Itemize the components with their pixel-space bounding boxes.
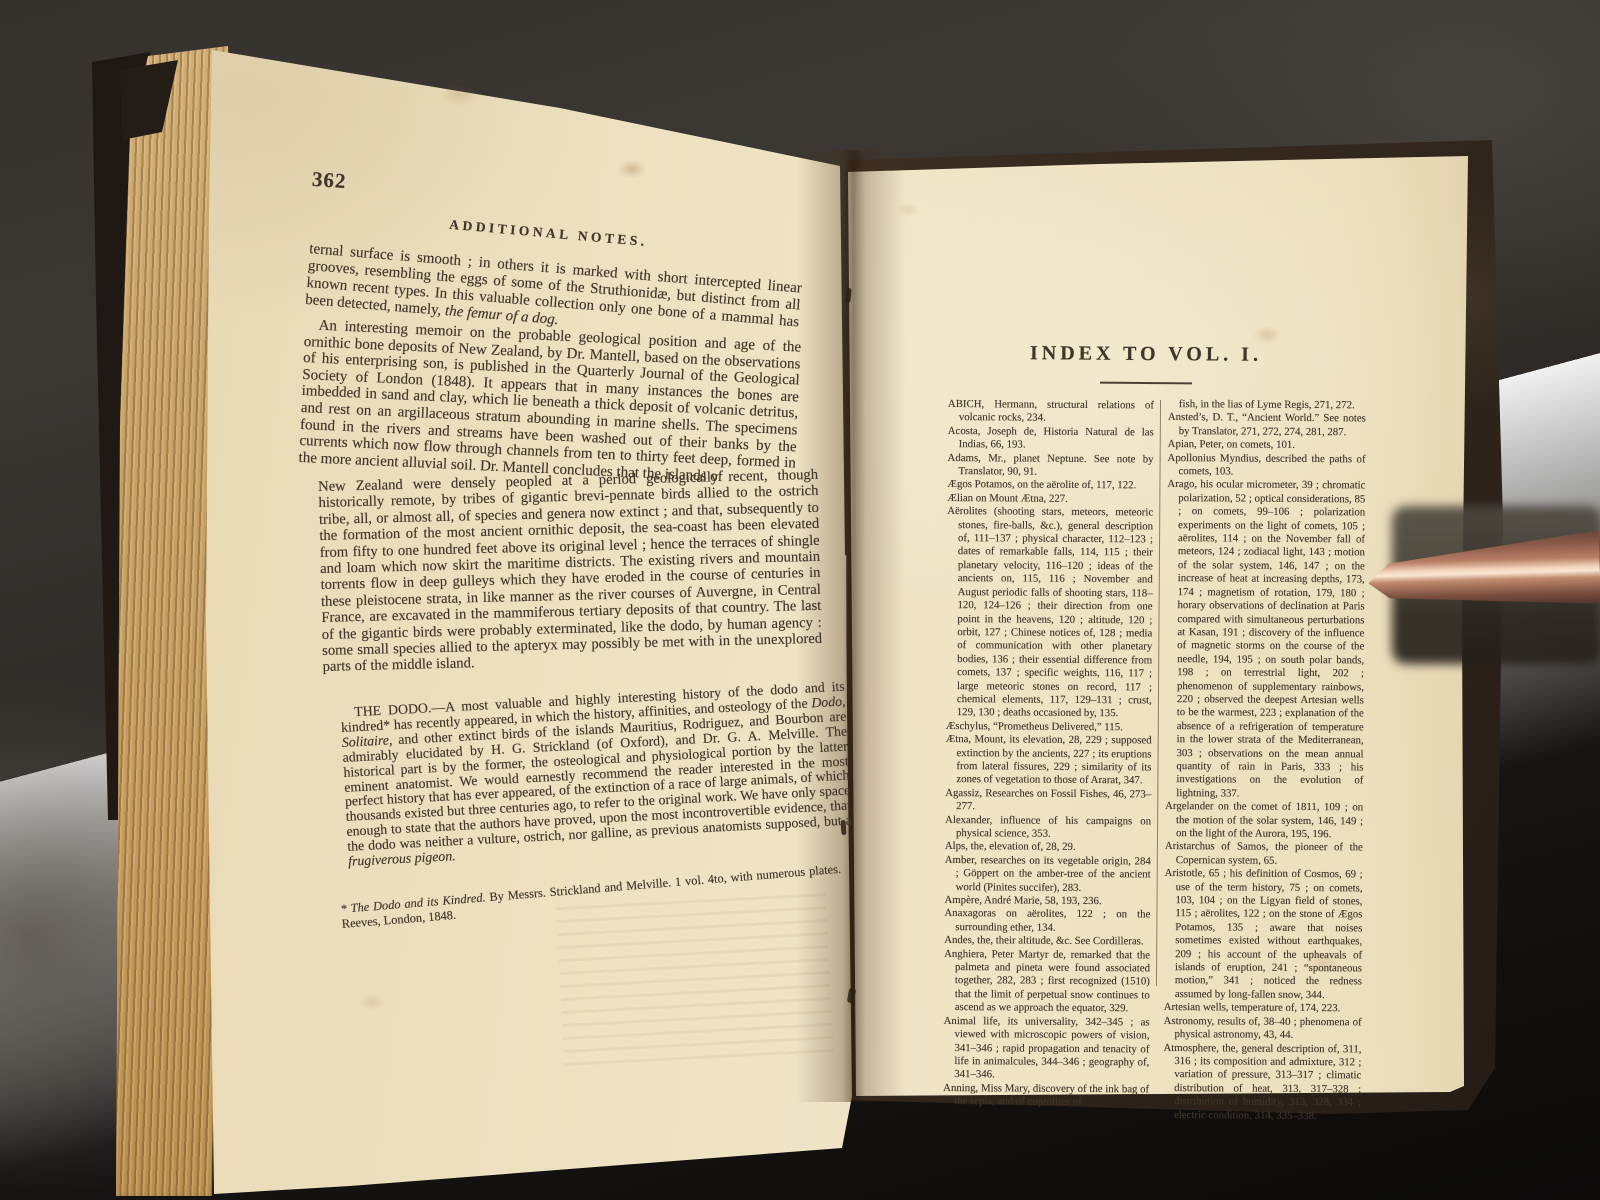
index-entry: Andes, the, their altitude, &c. See Cord… <box>944 934 1150 949</box>
index-column-left: ABICH, Hermann, structural relations of … <box>943 398 1154 1110</box>
paragraph-text: and other extinct birds of the islands M… <box>342 708 852 854</box>
index-entry: Ansted’s, D. T., “Ancient World.” See no… <box>1168 411 1366 439</box>
index-entry: Agassiz, Researches on Fossil Fishes, 46… <box>945 787 1151 815</box>
first-line-indent <box>304 329 318 330</box>
index-entry: Alps, the, elevation of, 28, 29. <box>945 840 1151 855</box>
paragraph-memoir-lower: New Zealand were densely peopled at a pe… <box>318 466 823 675</box>
index-entry: Apian, Peter, on comets, 101. <box>1168 438 1366 453</box>
paragraph-text: New Zealand were densely peopled at a pe… <box>318 466 822 675</box>
paragraph-dodo: THE DODO.—A most valuable and highly int… <box>340 679 853 869</box>
foxing-spot <box>352 990 392 1014</box>
first-line-indent <box>341 716 355 717</box>
index-entry: Apollonius Myndius, described the paths … <box>1167 452 1365 480</box>
index-column-right: fish, in the lias of Lyme Regis, 271, 27… <box>1163 398 1366 1123</box>
index-entry: Anghiera, Peter Martyr de, remarked that… <box>944 948 1150 1016</box>
index-entry: Acosta, Joseph de, Historia Natural de l… <box>948 425 1154 453</box>
index-entry: Aristotle, 65 ; his definition of Cosmos… <box>1164 867 1363 1002</box>
index-title: INDEX TO VOL. I. <box>946 342 1346 368</box>
index-entry: Ælian on Mount Ætna, 227. <box>947 492 1153 507</box>
index-entry: Astronomy, results of, 38–40 ; phenomena… <box>1164 1015 1362 1043</box>
index-entry: Artesian wells, temperature of, 174, 223… <box>1164 1001 1362 1016</box>
index-entry: Animal life, its universality, 342–345 ;… <box>943 1015 1149 1083</box>
index-entry: fish, in the lias of Lyme Regis, 271, 27… <box>1168 398 1366 413</box>
index-entry: Atmosphere, the, general description of,… <box>1163 1041 1362 1123</box>
page-number: 362 <box>311 167 347 194</box>
index-entry: Aërolites (shooting stars, meteors, mete… <box>946 505 1153 721</box>
index-entry: Anning, Miss Mary, discovery of the ink … <box>943 1082 1149 1110</box>
index-entry: Anaxagoras on aërolites, 122 ; on the su… <box>944 907 1150 935</box>
index-entry: Æschylus, “Prometheus Delivered,” 115. <box>946 720 1152 735</box>
foxing-spot <box>612 156 652 182</box>
index-entry: Ætna, Mount, its elevation, 28, 229 ; su… <box>945 733 1151 788</box>
index-entry: Argelander on the comet of 1811, 109 ; o… <box>1165 800 1363 842</box>
index-entry: Alexander, influence of his campaigns on… <box>945 814 1151 842</box>
index-entry: Aristarchus of Samos, the pioneer of the… <box>1165 840 1363 868</box>
paragraph-memoir-upper: An interesting memoir on the probable ge… <box>298 317 801 489</box>
index-entry: Arago, his ocular micrometer, 39 ; chrom… <box>1165 478 1365 801</box>
foxing-spot <box>893 200 923 220</box>
book-photograph: { "colors": { "background": "#2e2b27", "… <box>0 0 1600 1200</box>
foxing-spot <box>432 80 486 110</box>
index-entry: Amber, researches on its vegetable origi… <box>945 854 1151 896</box>
index-entry: ABICH, Hermann, structural relations of … <box>948 398 1154 426</box>
index-entry: Ægos Potamos, on the aërolite of, 117, 1… <box>947 478 1153 493</box>
index-entry: Adams, Mr., planet Neptune. See note by … <box>947 452 1153 480</box>
show-through-text <box>556 893 834 1067</box>
index-entry: Ampère, André Marie, 58, 193, 236. <box>944 894 1150 909</box>
paragraph-text: An interesting memoir on the probable ge… <box>298 318 801 485</box>
